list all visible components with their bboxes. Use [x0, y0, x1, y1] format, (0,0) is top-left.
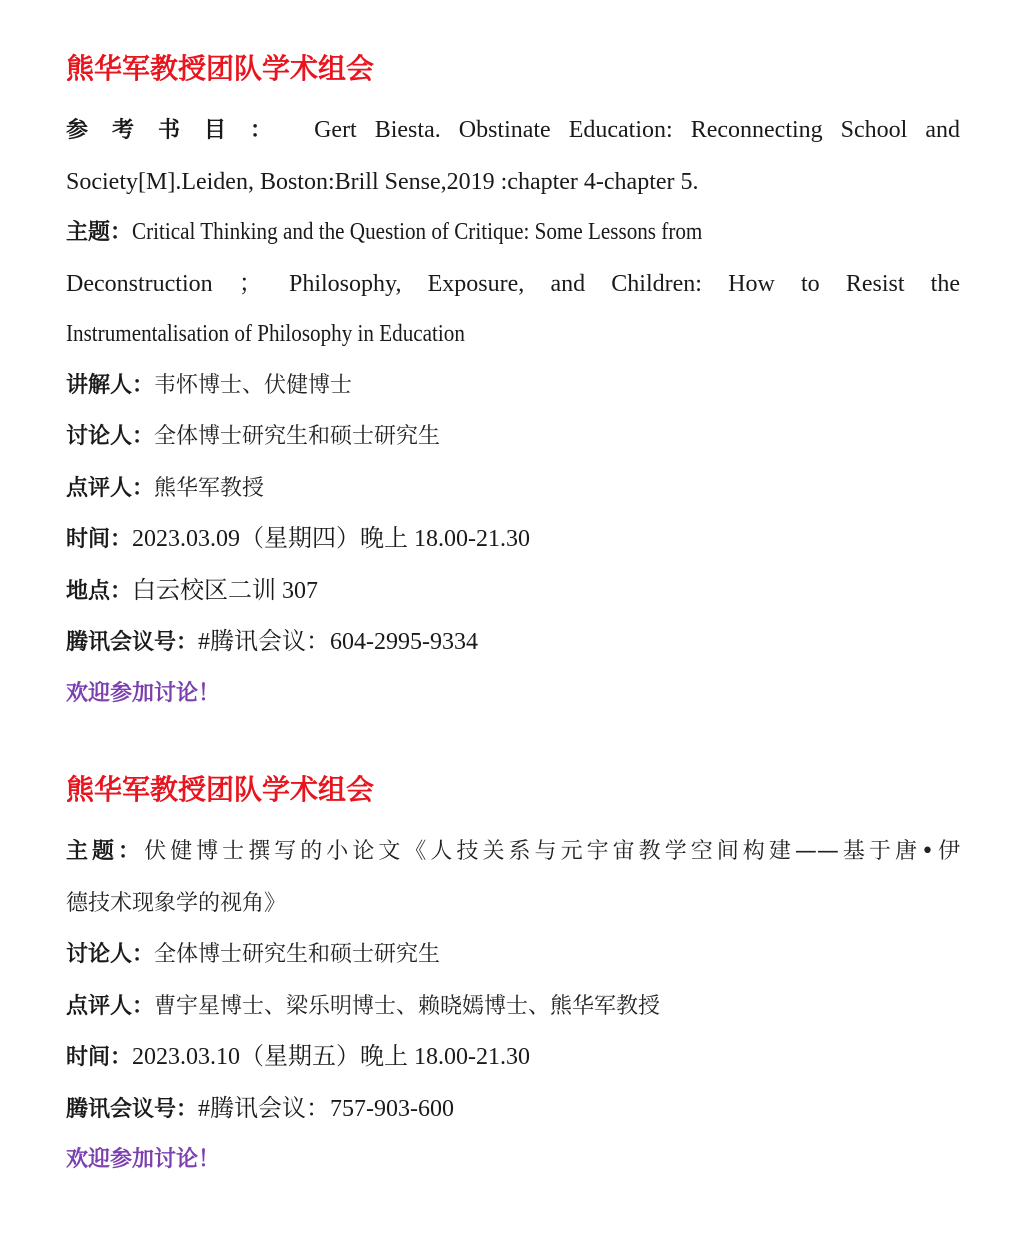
meeting-id-line: 腾讯会议号：#腾讯会议：604-2995-9334	[66, 617, 960, 669]
topic-line-2: Deconstruction ； Philosophy, Exposure, a…	[66, 259, 960, 310]
topic-line-3: Instrumentalisation of Philosophy in Edu…	[66, 309, 960, 360]
reviewers-line: 点评人：熊华军教授	[66, 463, 960, 515]
meeting-id-line: 腾讯会议号：#腾讯会议：757-903-600	[66, 1084, 960, 1136]
topic-line-2: 德技术现象学的视角》	[66, 878, 960, 930]
discussants-value: 全体博士研究生和硕士研究生	[154, 424, 440, 449]
discussants-label: 讨论人：	[66, 424, 154, 449]
presenters-line: 讲解人：韦怀博士、伏健博士	[66, 360, 960, 412]
discussants-value: 全体博士研究生和硕士研究生	[154, 942, 440, 967]
time-line: 时间：2023.03.09（星期四）晚上 18.00-21.30	[66, 514, 960, 566]
time-label: 时间：	[66, 527, 132, 552]
topic-line-1: 主题：Critical Thinking and the Question of…	[66, 207, 960, 259]
topic-text-3: Instrumentalisation of Philosophy in Edu…	[66, 309, 465, 360]
time-label: 时间：	[66, 1045, 132, 1070]
discussants-line: 讨论人：全体博士研究生和硕士研究生	[66, 929, 960, 981]
reference-text-2: Society[M].Leiden, Boston:Brill Sense,20…	[66, 169, 699, 195]
topic-text-2: 德技术现象学的视角》	[66, 891, 286, 916]
meeting-id-label: 腾讯会议号：	[66, 630, 198, 655]
reviewers-value: 曹宇星博士、梁乐明博士、赖晓嫣博士、熊华军教授	[154, 994, 660, 1019]
meeting-notice-1: 熊华军教授团队学术组会 参考书目： Gert Biesta. Obstinate…	[66, 52, 960, 719]
topic-label: 主题：	[66, 220, 132, 245]
topic-text-1: 伏健博士撰写的小论文《人技关系与元宇宙教学空间构建——基于唐•伊	[144, 839, 960, 864]
reference-line-1: 参考书目： Gert Biesta. Obstinate Education: …	[66, 105, 960, 157]
time-line: 时间：2023.03.10（星期五）晚上 18.00-21.30	[66, 1032, 960, 1084]
topic-label: 主题：	[66, 839, 144, 864]
location-value: 白云校区二训 307	[132, 578, 318, 604]
discussants-label: 讨论人：	[66, 942, 154, 967]
location-line: 地点：白云校区二训 307	[66, 566, 960, 618]
location-label: 地点：	[66, 579, 132, 604]
meeting-id-label: 腾讯会议号：	[66, 1097, 198, 1122]
presenters-label: 讲解人：	[66, 373, 154, 398]
discussants-line: 讨论人：全体博士研究生和硕士研究生	[66, 411, 960, 463]
meeting-id-value: #腾讯会议：604-2995-9334	[198, 629, 478, 655]
welcome-message: 欢迎参加讨论！	[66, 1135, 960, 1186]
reviewers-label: 点评人：	[66, 994, 154, 1019]
welcome-message: 欢迎参加讨论！	[66, 669, 960, 720]
topic-line-1: 主题：伏健博士撰写的小论文《人技关系与元宇宙教学空间构建——基于唐•伊	[66, 826, 960, 878]
topic-text-2: Deconstruction ； Philosophy, Exposure, a…	[66, 271, 960, 297]
time-value: 2023.03.10（星期五）晚上 18.00-21.30	[132, 1044, 530, 1070]
reference-text-1: Gert Biesta. Obstinate Education: Reconn…	[314, 117, 960, 143]
reviewers-label: 点评人：	[66, 476, 154, 501]
meeting-notice-2: 熊华军教授团队学术组会 主题：伏健博士撰写的小论文《人技关系与元宇宙教学空间构建…	[66, 773, 960, 1186]
presenters-value: 韦怀博士、伏健博士	[154, 373, 352, 398]
reference-label: 参考书目：	[66, 118, 296, 143]
time-value: 2023.03.09（星期四）晚上 18.00-21.30	[132, 526, 530, 552]
reviewers-line: 点评人：曹宇星博士、梁乐明博士、赖晓嫣博士、熊华军教授	[66, 981, 960, 1033]
meeting-id-value: #腾讯会议：757-903-600	[198, 1096, 454, 1122]
reviewers-value: 熊华军教授	[154, 476, 264, 501]
section-title: 熊华军教授团队学术组会	[66, 773, 960, 823]
section-title: 熊华军教授团队学术组会	[66, 52, 960, 102]
reference-line-2: Society[M].Leiden, Boston:Brill Sense,20…	[66, 157, 960, 208]
topic-text-1: Critical Thinking and the Question of Cr…	[132, 207, 702, 258]
